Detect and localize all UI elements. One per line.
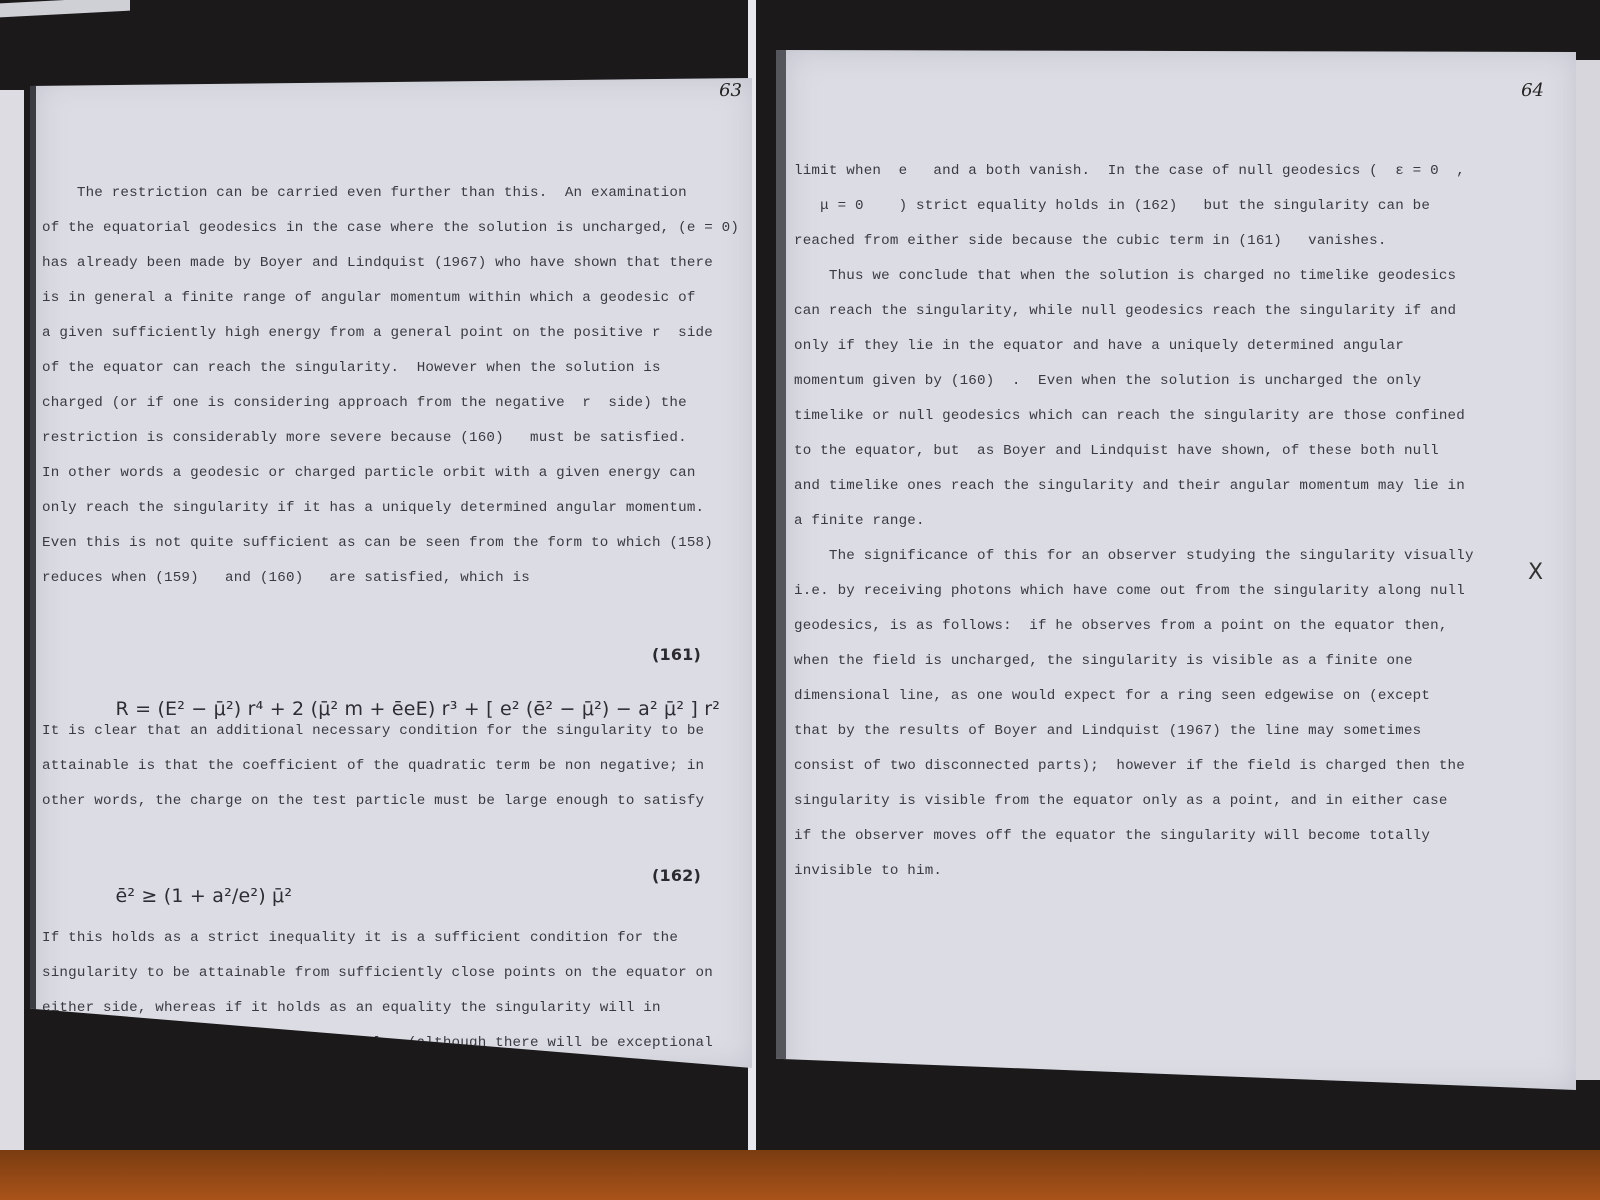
text-line: geodesics, is as follows: if he observes… [794,609,1474,644]
text-line: invisible to him. [794,854,1474,889]
text-line: has already been made by Boyer and Lindq… [42,246,739,281]
text-line: is in general a finite range of angular … [42,281,739,316]
equation-162: ē² ≥ (1 + a²/e²) μ̄² (162) [42,851,739,889]
text-line: In other words a geodesic or charged par… [42,456,739,491]
text-line: consist of two disconnected parts); howe… [794,749,1474,784]
text-line: Thus we conclude that when the solution … [794,259,1474,294]
text-line: reduces when (159) and (160) are satisfi… [42,561,739,596]
left-page-edge [0,90,24,1160]
text-line: can reach the singularity, while null ge… [794,294,1474,329]
text-line: momentum given by (160) . Even when the … [794,364,1474,399]
text-line: The significance of this for an observer… [794,539,1474,574]
text-line: singularity to be attainable from suffic… [42,956,739,991]
text-line: only reach the singularity if it has a u… [42,491,739,526]
text-line: a given sufficiently high energy from a … [42,316,739,351]
page-number: 64 [1521,80,1544,101]
text-line: charged (or if one is considering approa… [42,386,739,421]
text-line: that by the results of Boyer and Lindqui… [794,714,1474,749]
text-line: limit when e and a both vanish. In the c… [794,154,1474,189]
text-line: when the field is uncharged, the singula… [794,644,1474,679]
text-line: a finite range. [794,504,1474,539]
text-line: other words, the charge on the test part… [42,784,739,819]
text-line: if the observer moves off the equator th… [794,819,1474,854]
right-page: 64 limit when e and a both vanish. In th… [776,50,1576,1090]
text-line: restriction is considerably more severe … [42,421,739,456]
equation-number: (162) [652,861,701,891]
text-line: reached from either side because the cub… [794,224,1474,259]
text-line: i.e. by receiving photons which have com… [794,574,1474,609]
equation-number: (161) [652,628,701,682]
text-line: attainable is that the coefficient of th… [42,749,739,784]
right-page-text: limit when e and a both vanish. In the c… [794,122,1474,921]
text-line: timelike or null geodesics which can rea… [794,399,1474,434]
text-line: only if they lie in the equator and have… [794,329,1474,364]
text-line: Even this is not quite sufficient as can… [42,526,739,561]
left-page: 63 The restriction can be carried even f… [30,78,752,1068]
text-line: The restriction can be carried even furt… [42,176,739,211]
text-line: dimensional line, as one would expect fo… [794,679,1474,714]
text-line: of the equator can reach the singularity… [42,351,739,386]
table-surface [0,1150,1600,1200]
text-line: to the equator, but as Boyer and Lindqui… [794,434,1474,469]
text-line: μ = 0 ) strict equality holds in (162) b… [794,189,1474,224]
page-number: 63 [719,80,742,101]
text-line: and timelike ones reach the singularity … [794,469,1474,504]
text-line: If this holds as a strict inequality it … [42,921,739,956]
equation-161: R = (E² − μ̄²) r⁴ + 2 (μ̄² m + ēeE) r³ +… [42,628,739,682]
text-line: of the equatorial geodesics in the case … [42,211,739,246]
margin-mark: X [1528,560,1543,585]
text-line: singularity is visible from the equator … [794,784,1474,819]
